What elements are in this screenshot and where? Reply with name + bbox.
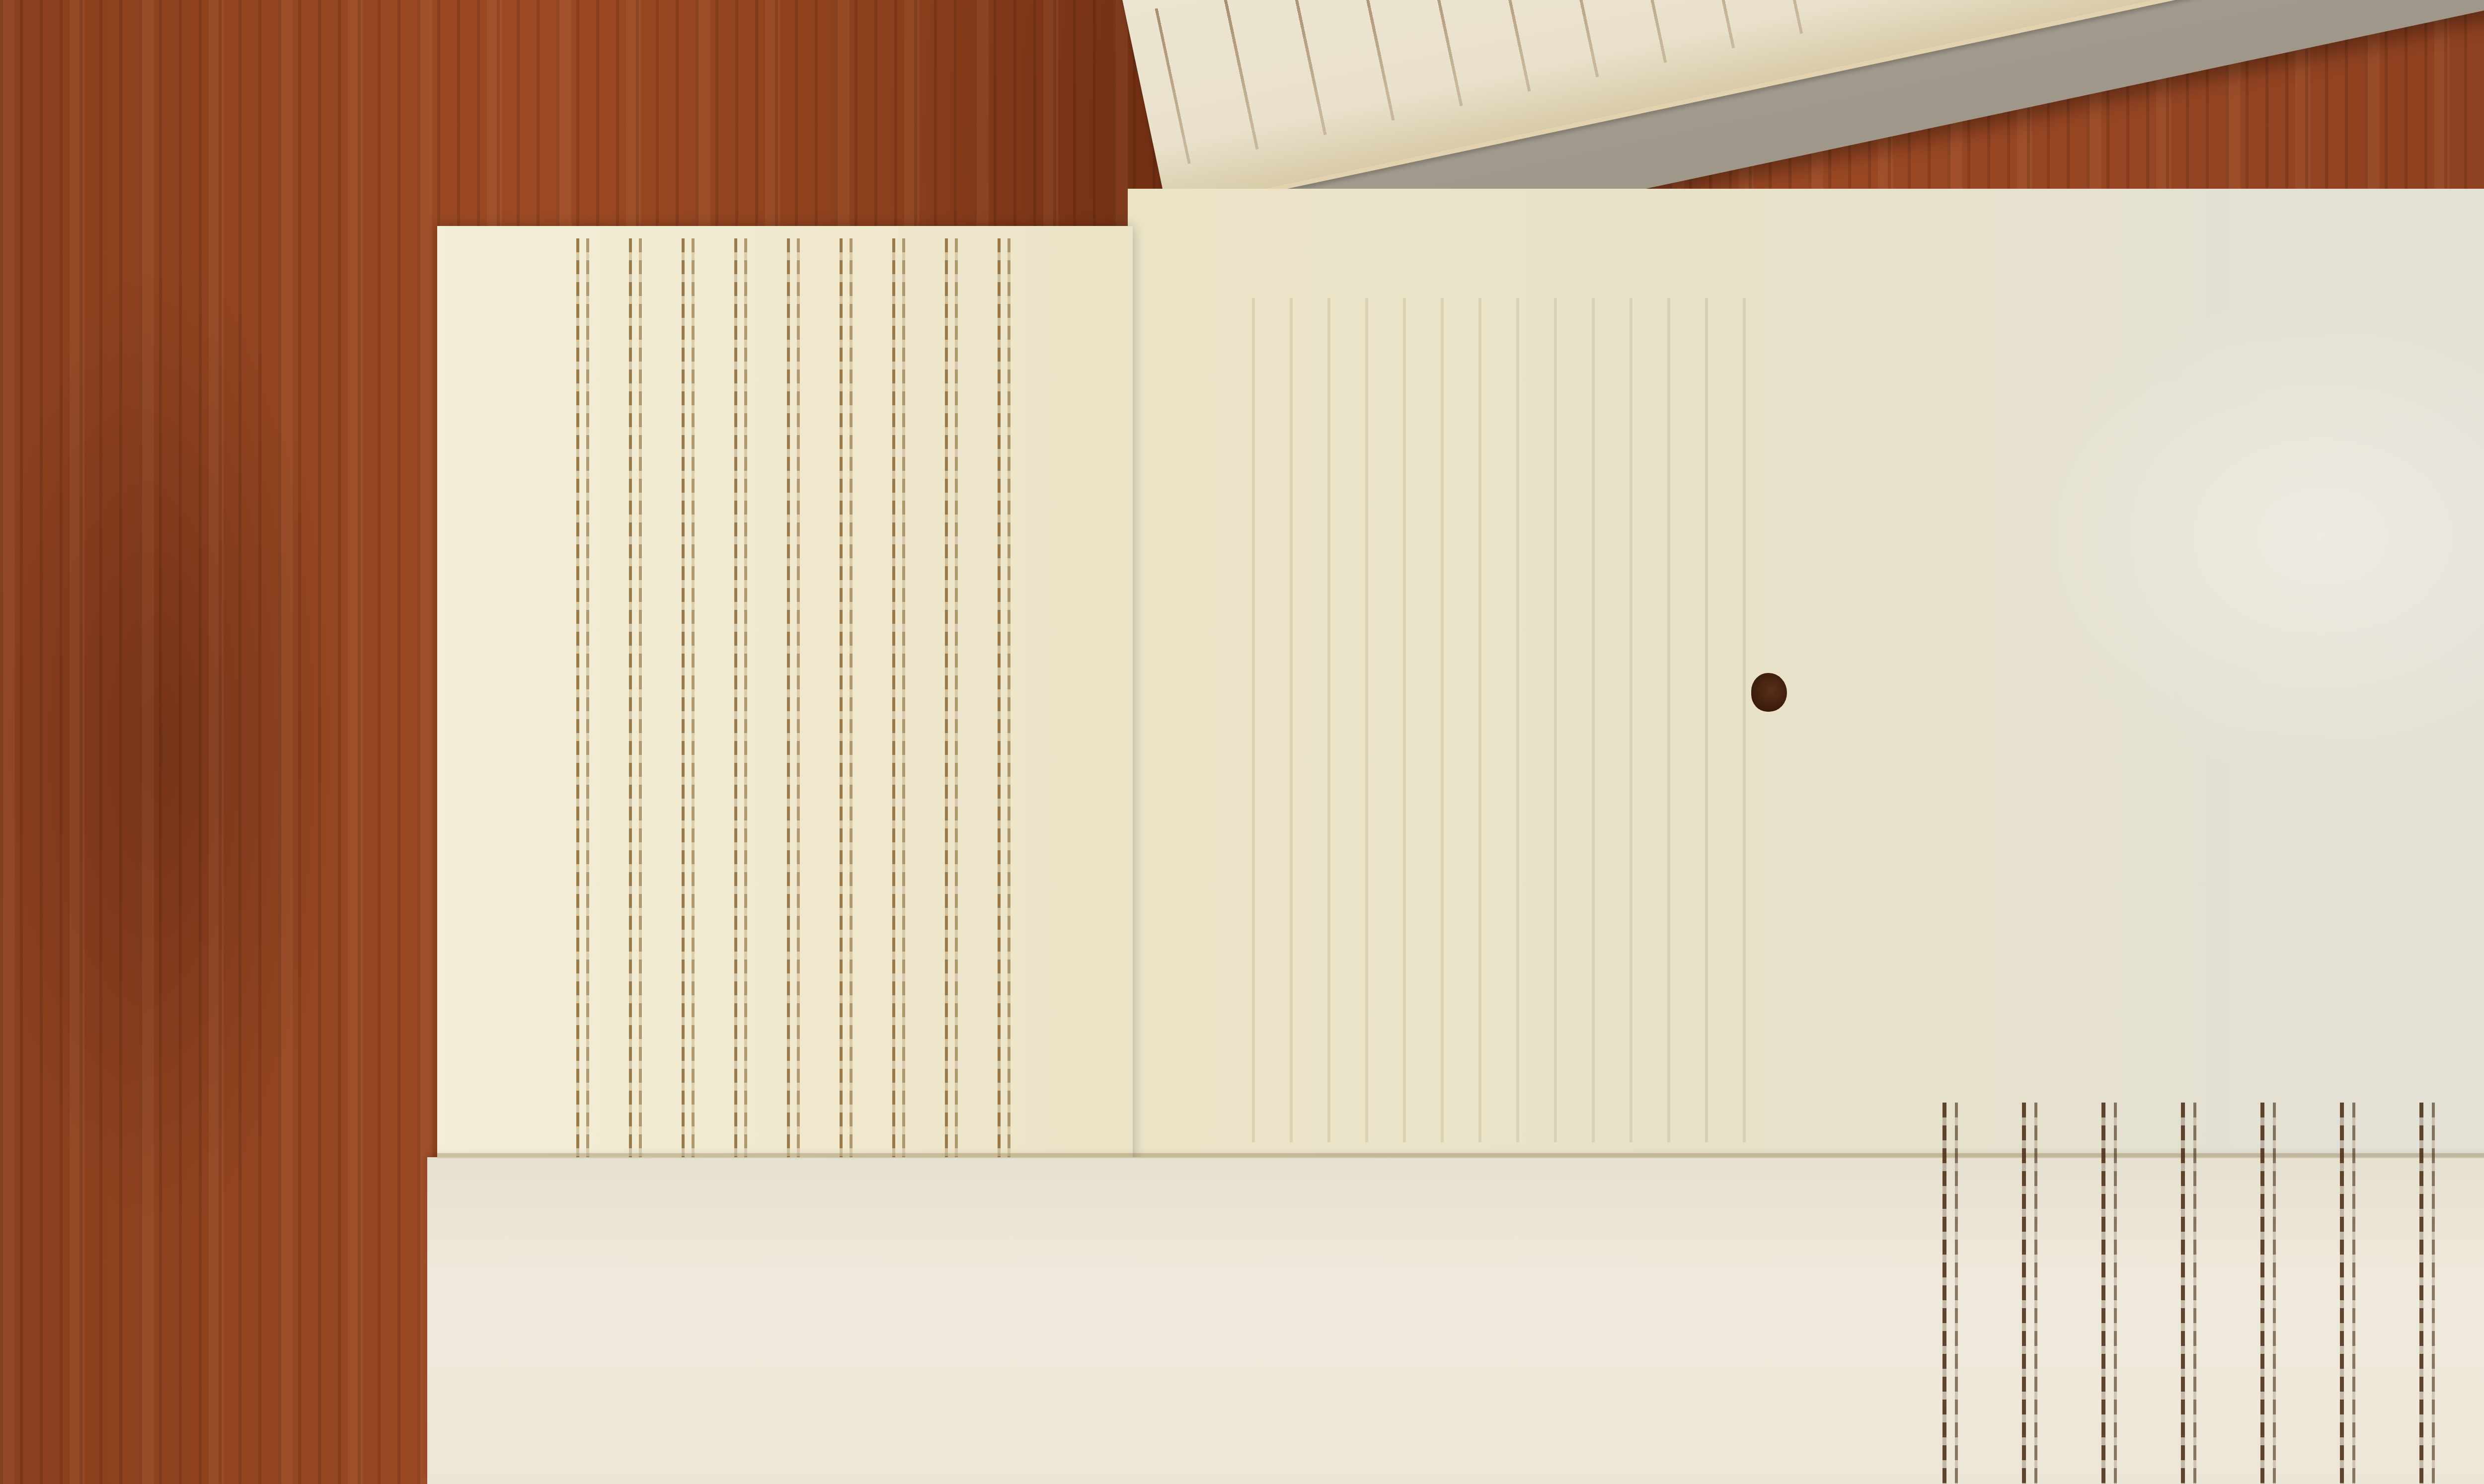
paper-hole (1751, 673, 1787, 712)
bleed-through-writing (1217, 298, 1764, 1142)
lower-right-handwriting (1908, 1103, 2484, 1484)
left-folio-handwriting (556, 238, 1033, 1172)
